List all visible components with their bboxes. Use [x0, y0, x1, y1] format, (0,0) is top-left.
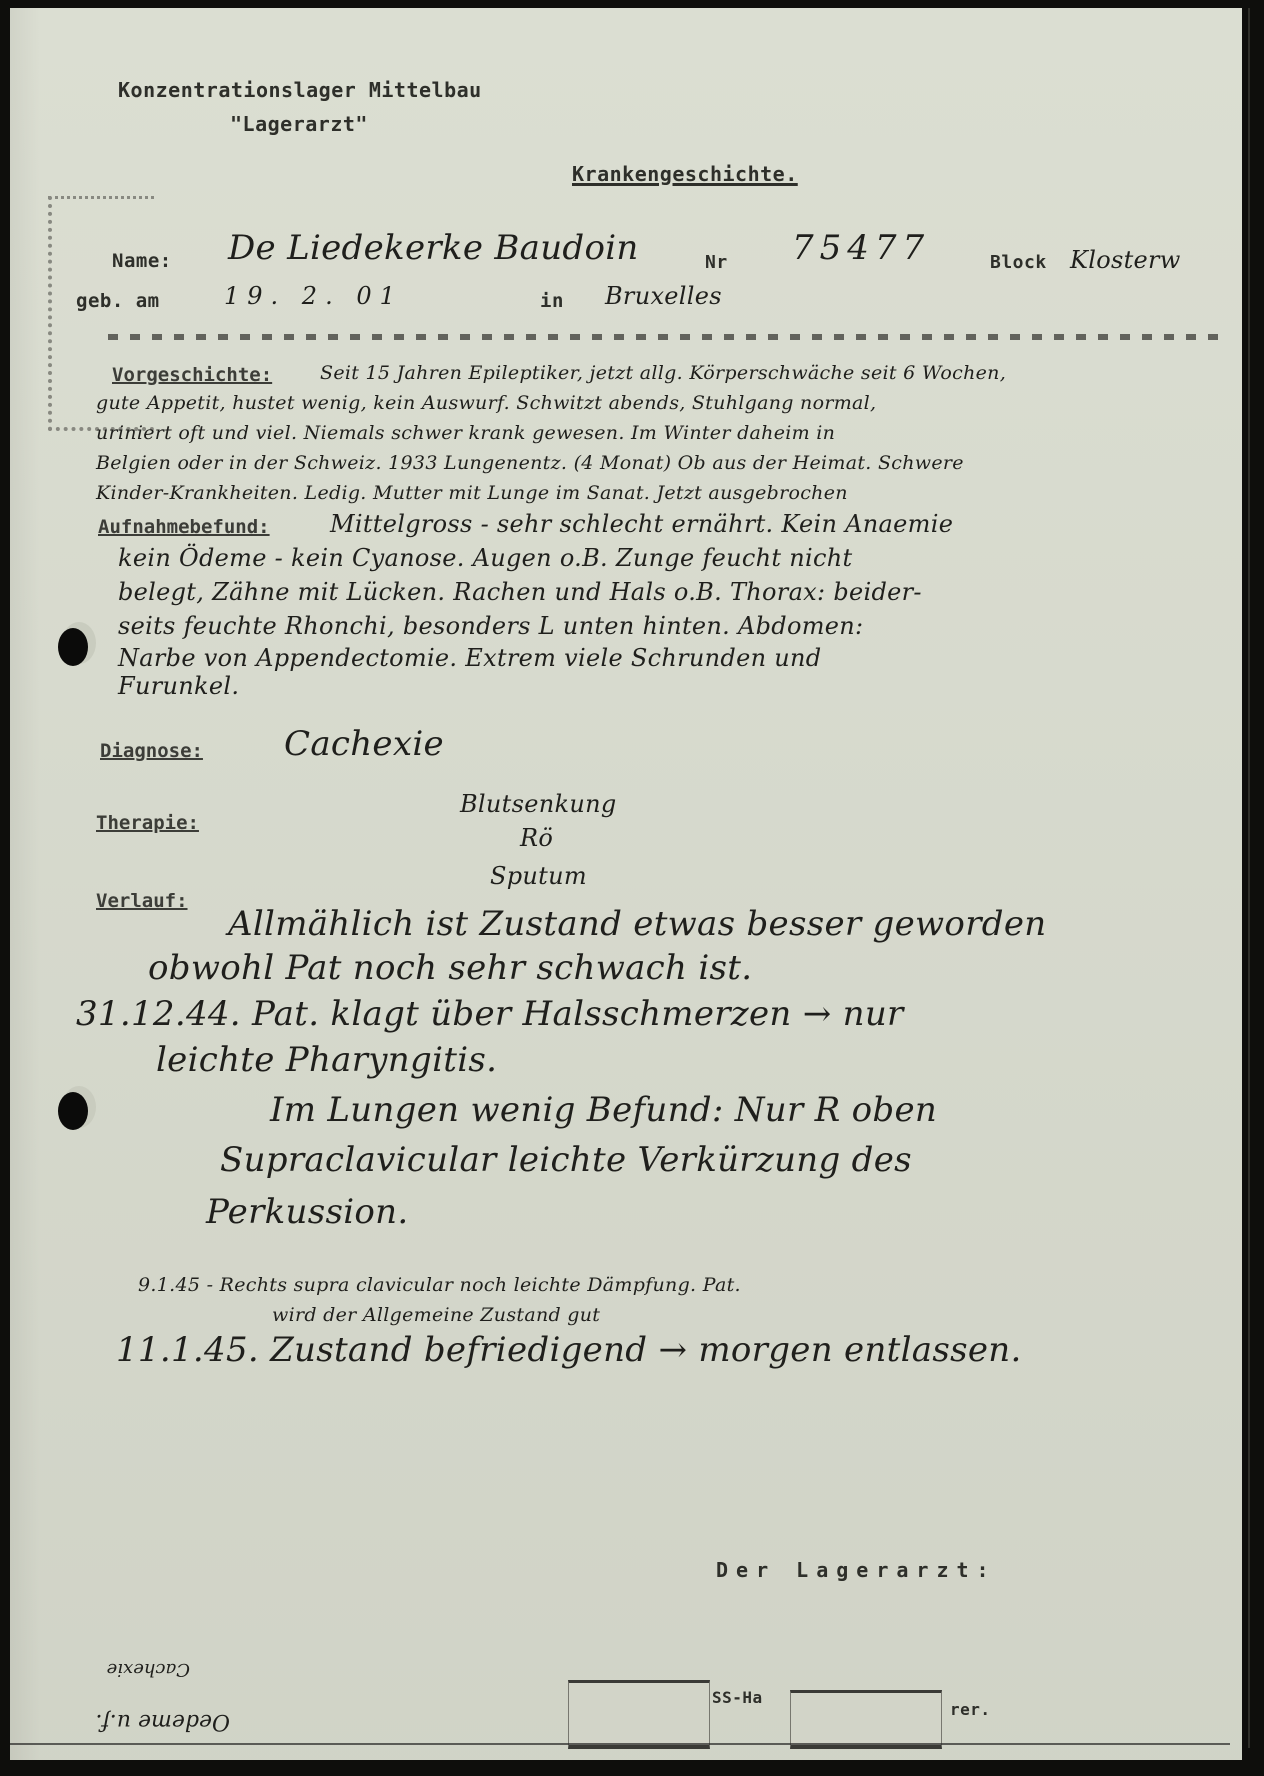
course-line: Allmählich ist Zustand etwas besser gewo… [228, 904, 1046, 944]
course-line: leichte Pharyngitis. [156, 1040, 497, 1080]
history-line: Belgien oder in der Schweiz. 1933 Lungen… [96, 452, 964, 474]
separator-line [108, 334, 1228, 340]
redaction-block [568, 1680, 710, 1749]
course-entry-9-1: 9.1.45 - Rechts supra clavicular noch le… [138, 1274, 741, 1296]
name-label: Name: [112, 250, 172, 272]
history-label: Vorgeschichte: [112, 364, 272, 386]
margin-note-line1: Oedeme u.f. [95, 1709, 230, 1734]
exam-line: seits feuchte Rhonchi, besonders L unten… [118, 612, 863, 640]
therapy-item: Blutsenkung [460, 790, 617, 818]
therapy-item: Sputum [490, 862, 587, 890]
margin-note-line2: Cachexie [107, 1659, 190, 1680]
block-label: Block [990, 252, 1047, 273]
exam-line: kein Ödeme - kein Cyanose. Augen o.B. Zu… [118, 544, 852, 572]
history-line: uriniert oft und viel. Niemals schwer kr… [96, 422, 835, 444]
course-label: Verlauf: [96, 890, 188, 912]
exam-line: belegt, Zähne mit Lücken. Rachen und Hal… [118, 578, 922, 606]
history-line: gute Appetit, hustet wenig, kein Auswurf… [96, 392, 876, 414]
therapy-label: Therapie: [96, 812, 199, 834]
document-page [10, 8, 1242, 1760]
course-line: Supraclavicular leichte Verkürzung des [220, 1140, 912, 1180]
exam-label: Aufnahmebefund: [98, 516, 270, 538]
course-line: Im Lungen wenig Befund: Nur R oben [270, 1090, 937, 1130]
diagnosis-label: Diagnose: [100, 740, 203, 762]
institution-heading: Konzentrationslager Mittelbau [118, 78, 482, 102]
birthplace-label: in [540, 290, 564, 312]
signature-label: Der Lagerarzt: [716, 1558, 997, 1582]
course-line: obwohl Pat noch sehr schwach ist. [148, 948, 752, 988]
course-line: 31.12.44. Pat. klagt über Halsschmerzen … [76, 994, 904, 1034]
department-heading: "Lagerarzt" [230, 112, 368, 136]
course-entry-9-1-cont: wird der Allgemeine Zustand gut [272, 1304, 600, 1326]
history-line: Seit 15 Jahren Epileptiker, jetzt allg. … [320, 362, 1006, 384]
punch-hole [58, 1092, 88, 1130]
nr-value: 75477 [792, 228, 930, 268]
nr-label: Nr [705, 252, 728, 273]
therapy-item: Rö [520, 824, 553, 852]
name-value: De Liedekerke Baudoin [228, 228, 639, 268]
course-line: Perkussion. [206, 1192, 408, 1232]
bottom-rule [10, 1743, 1230, 1745]
punch-hole [58, 628, 88, 666]
rank-right: rer. [950, 1700, 991, 1719]
course-entry-11-1: 11.1.45. Zustand befriedigend → morgen e… [116, 1330, 1022, 1370]
birthplace-value: Bruxelles [605, 282, 722, 310]
rank-left: SS-Ha [712, 1688, 763, 1707]
born-label: geb. am [76, 290, 160, 312]
redaction-block [790, 1690, 942, 1749]
history-line: Kinder-Krankheiten. Ledig. Mutter mit Lu… [96, 482, 848, 504]
diagnosis-value: Cachexie [284, 724, 444, 764]
exam-line: Mittelgross - sehr schlecht ernährt. Kei… [330, 510, 953, 538]
document-title: Krankengeschichte. [572, 162, 798, 186]
block-value: Klosterw [1070, 246, 1181, 274]
page-edge [1248, 8, 1250, 1748]
exam-line: Narbe von Appendectomie. Extrem viele Sc… [118, 644, 821, 672]
born-value: 19. 2. 01 [224, 282, 403, 310]
exam-line: Furunkel. [118, 672, 239, 700]
